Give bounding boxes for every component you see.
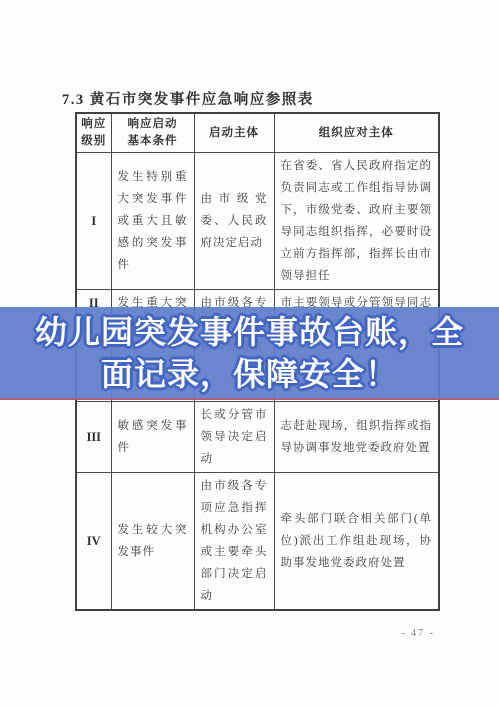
level-cell: IV xyxy=(76,473,111,611)
table-caption: 7.3 黄石市突发事件应急响应参照表 xyxy=(62,88,442,109)
condition-cell: 发生较大突发事件 xyxy=(111,473,194,611)
page-number: - 47 - xyxy=(401,628,435,639)
table-header-row: 响应 级别 响应启动 基本条件 启动主体 组织应对主体 xyxy=(76,113,439,153)
table-row: IV 发生较大突发事件 由市级各专项应急指挥机构办公室或主要牵头部门决定启动 牵… xyxy=(76,473,439,611)
banner-text-line1: 幼儿园突发事件事故台账，全 xyxy=(35,311,464,353)
banner-text-line2: 面记录，保障安全！ xyxy=(101,353,398,395)
header-responder: 组织应对主体 xyxy=(274,113,439,153)
initiator-cell: 由市级各专项应急指挥机构办公室或主要牵头部门决定启动 xyxy=(194,473,274,611)
responder-cell: 牵头部门联合相关部门(单位)派出工作组赴现场，协助事发地党委政府处置 xyxy=(274,473,439,611)
initiator-cell: 由市级党委、人民政府决定启动 xyxy=(194,153,274,290)
responder-cell: 在省委、省人民政府指定的负责同志或工作组指导协调下，市级党委、政府主要领导同志组… xyxy=(274,153,439,290)
document-page: 7.3 黄石市突发事件应急响应参照表 响应 级别 响应启动 基本条件 启动主体 … xyxy=(0,0,499,706)
responder-cell: 志赶赴现场，组织指挥或指导协调事发地党委政府处置 xyxy=(274,402,439,473)
initiator-cell: 长或分管市领导决定启动 xyxy=(194,402,274,473)
header-condition: 响应启动 基本条件 xyxy=(111,113,194,153)
header-initiator: 启动主体 xyxy=(194,113,274,153)
condition-cell: 发生特别重大突发事件或重大且敏感的突发事件 xyxy=(111,153,194,290)
level-cell: III xyxy=(76,402,111,473)
condition-cell: 敏感突发事件 xyxy=(111,402,194,473)
level-cell: I xyxy=(76,153,111,290)
table-row: III 敏感突发事件 长或分管市领导决定启动 志赶赴现场，组织指挥或指导协调事发… xyxy=(76,402,439,473)
header-level: 响应 级别 xyxy=(76,113,111,153)
table-row: I 发生特别重大突发事件或重大且敏感的突发事件 由市级党委、人民政府决定启动 在… xyxy=(76,153,439,290)
overlay-banner: 幼儿园突发事件事故台账，全 面记录，保障安全！ xyxy=(0,307,499,400)
